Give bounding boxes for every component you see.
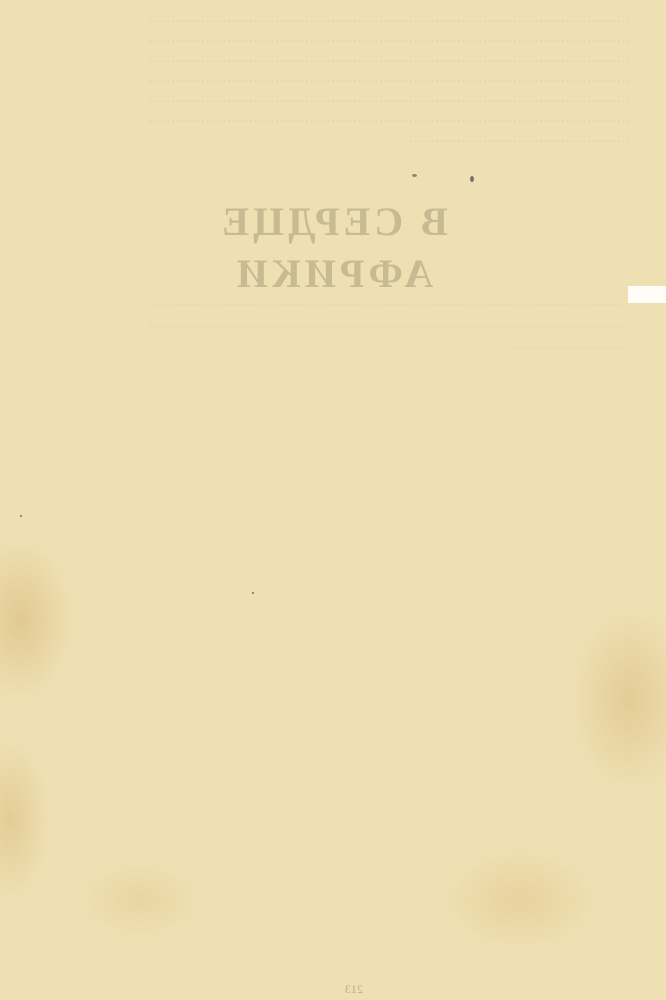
bleed-line: …………………………………………… — [60, 128, 630, 148]
bleed-line: ……………………… — [60, 334, 630, 356]
bleed-through-after-title: ………………………………………………………………………………………………… ……… — [60, 290, 630, 356]
bleed-line: ………………………………………………………………………………………………… — [60, 108, 630, 128]
bleed-line: ………………………………………………………………………………………………… — [60, 28, 630, 48]
page-number: 213 — [345, 982, 363, 997]
bleed-line: ………………………………………………………………………………………………… — [60, 88, 630, 108]
ink-speck — [20, 515, 22, 517]
bleed-line: ………………………………………………………………………………………………… — [60, 312, 630, 334]
bleed-line: ………………………………………………………………………………………………… — [60, 8, 630, 28]
ink-speck — [412, 174, 417, 177]
bleed-line: ………………………………………………………………………………………………… — [60, 48, 630, 68]
bleed-line: ………………………………………………………………………………………………… — [60, 68, 630, 88]
ink-speck — [252, 592, 254, 594]
bleed-through-title-line-1: В СЕРДЦЕ — [0, 198, 666, 245]
paper-tear-mark — [628, 286, 666, 303]
bleed-line: ………………………………………………………………………………………………… — [60, 290, 630, 312]
bleed-through-top-paragraph: ………………………………………………………………………………………………… ……… — [60, 8, 630, 148]
ink-speck — [470, 176, 474, 182]
